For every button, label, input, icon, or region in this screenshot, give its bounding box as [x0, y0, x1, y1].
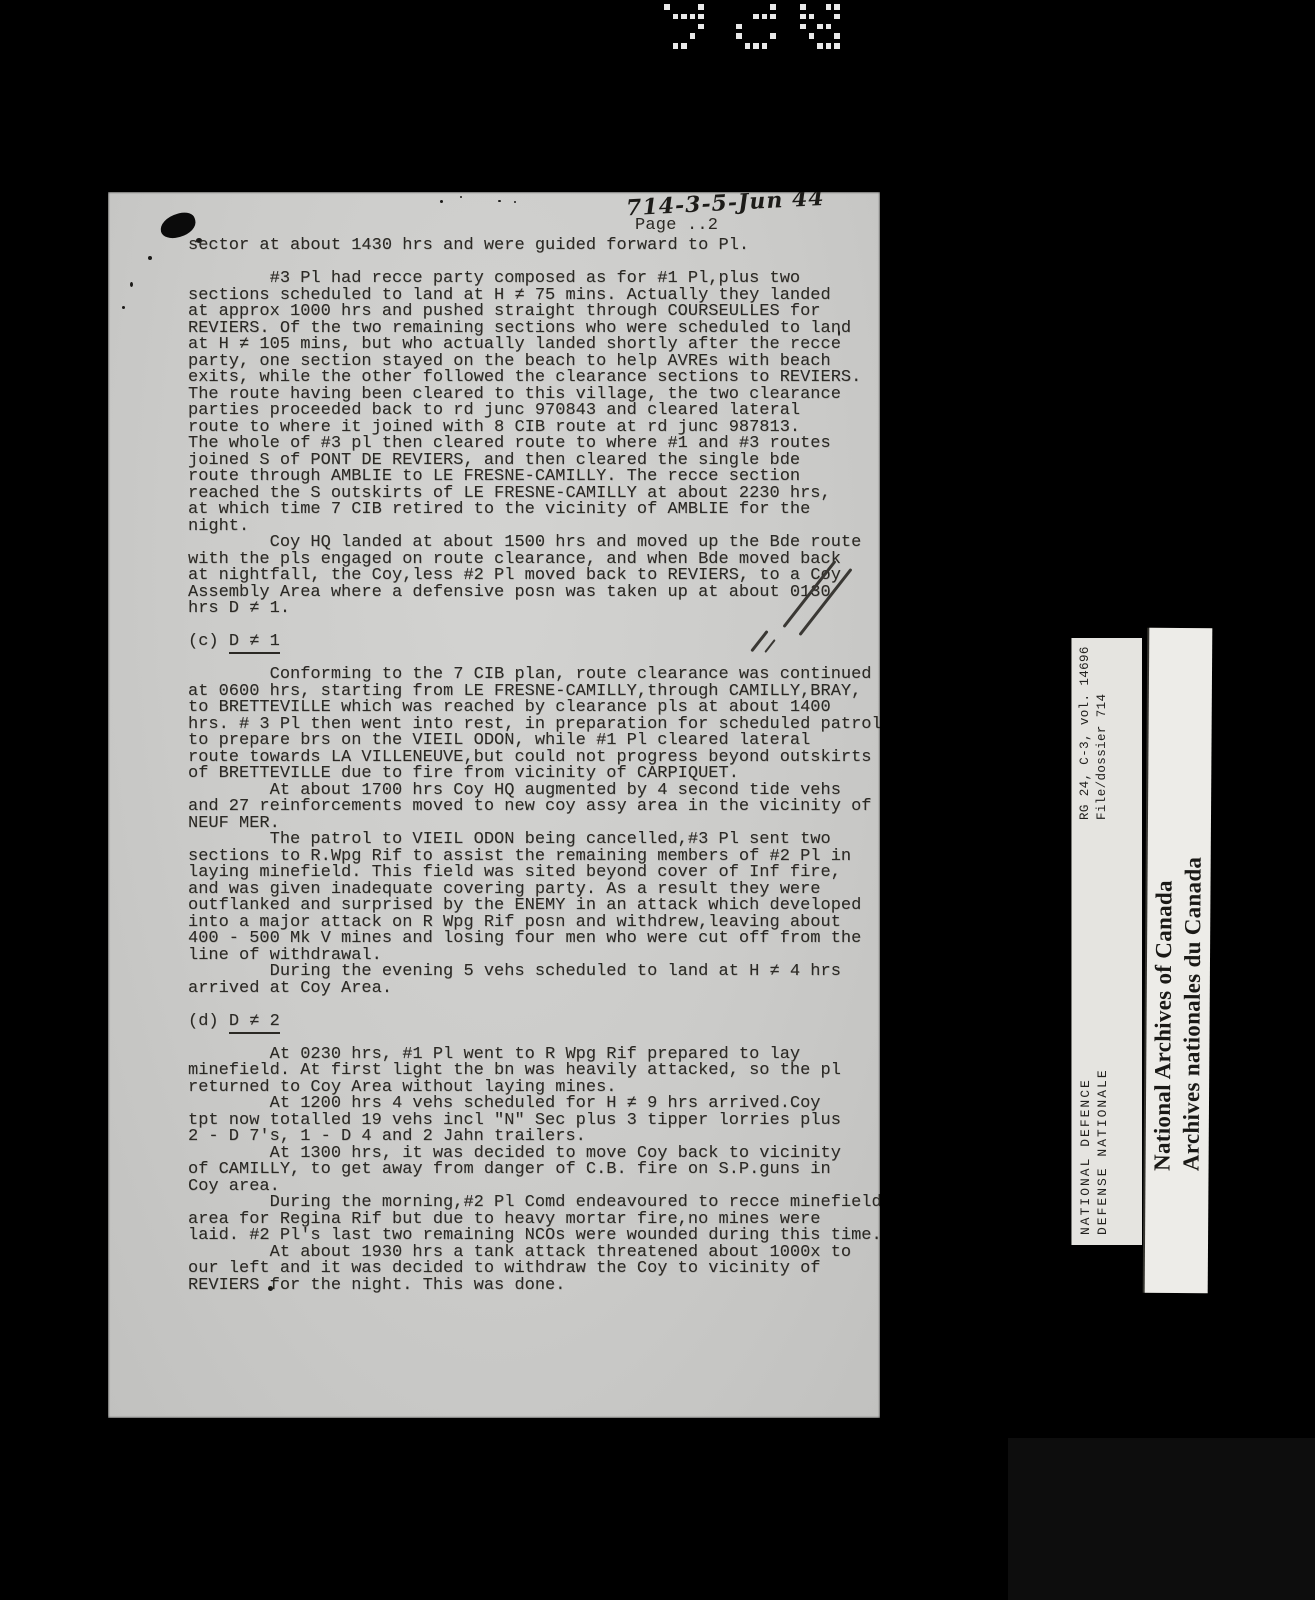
label-line: NATIONAL DEFENCE: [1077, 1068, 1094, 1235]
heading-label: D ≠ 1: [229, 632, 280, 654]
ink-speck: [122, 306, 125, 309]
label-line: Archives nationales du Canada: [1177, 857, 1208, 1172]
national-archives-label: National Archives of Canada Archives nat…: [1146, 856, 1208, 1171]
ink-speck: [498, 200, 501, 202]
archive-reference-strip: NATIONAL DEFENCE DEFENSE NATIONALE RG 24…: [1072, 638, 1142, 1245]
label-line: National Archives of Canada: [1148, 856, 1179, 1171]
microfilm-frame: 714-3-5-Jun 44 Page ..2 sector at about …: [0, 0, 1315, 1600]
counter-digit-7: [664, 4, 712, 54]
national-defence-label: NATIONAL DEFENCE DEFENSE NATIONALE: [1072, 1068, 1111, 1235]
section-heading-d2: (d) D ≠ 2: [188, 1014, 880, 1031]
rg-volume-label: RG 24, C-3, vol. 14696 File/dossier 714: [1072, 646, 1111, 820]
ink-speck: [148, 256, 152, 260]
heading-label: D ≠ 2: [229, 1012, 280, 1034]
label-line: DEFENSE NATIONALE: [1094, 1068, 1111, 1235]
heading-prefix: (d): [188, 1012, 219, 1031]
ink-speck: [440, 200, 443, 203]
typewritten-body: sector at about 1430 hrs and were guided…: [188, 238, 880, 1294]
page-number: Page ..2: [635, 216, 718, 235]
scan-light-patch: [1008, 1438, 1315, 1600]
paragraph-d1: Conforming to the 7 CIB plan, route clea…: [188, 667, 880, 997]
paragraph-continued: sector at about 1430 hrs and were guided…: [188, 238, 880, 255]
label-line: RG 24, C-3, vol. 14696: [1077, 646, 1094, 820]
section-heading-d1: (c) D ≠ 1: [188, 634, 880, 651]
ink-speck: [514, 201, 516, 203]
ink-speck: [130, 282, 133, 287]
frame-counter: [0, 4, 900, 54]
national-archives-strip: National Archives of Canada Archives nat…: [1145, 628, 1213, 1293]
paragraph-d-day: #3 Pl had recce party composed as for #1…: [188, 271, 880, 618]
counter-digit-3: [736, 4, 784, 54]
paragraph-d2: At 0230 hrs, #1 Pl went to R Wpg Rif pre…: [188, 1047, 880, 1295]
ink-speck: [460, 196, 462, 198]
document-page: 714-3-5-Jun 44 Page ..2 sector at about …: [108, 192, 880, 1418]
heading-prefix: (c): [188, 632, 219, 651]
label-line: File/dossier 714: [1094, 646, 1111, 820]
counter-digit-8: [800, 4, 848, 54]
